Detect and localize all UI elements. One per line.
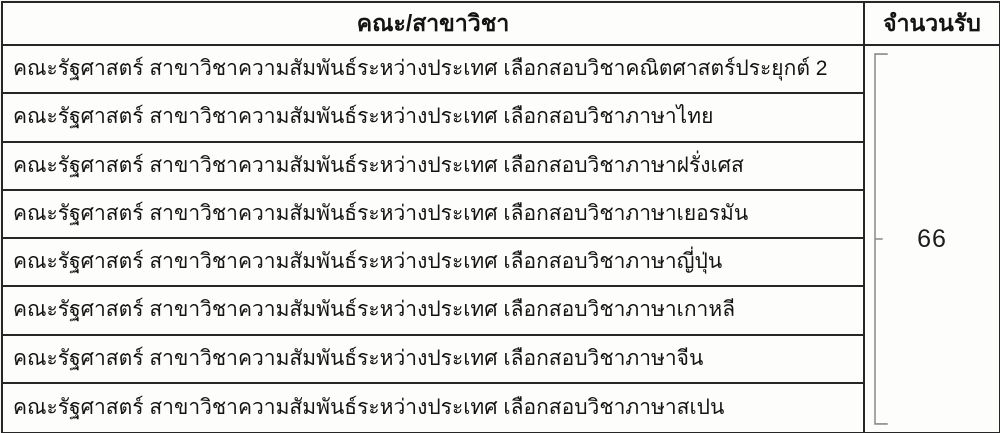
- merged-quota-cell: 66: [865, 46, 999, 432]
- scanned-document-page: คณะ/สาขาวิชา จำนวนรับ คณะรัฐศาสตร์ สาขาว…: [0, 0, 1000, 433]
- table-row-program: คณะรัฐศาสตร์ สาขาวิชาความสัมพันธ์ระหว่าง…: [3, 143, 865, 191]
- table-row-program: คณะรัฐศาสตร์ สาขาวิชาความสัมพันธ์ระหว่าง…: [3, 239, 865, 287]
- column-header-faculty: คณะ/สาขาวิชา: [3, 3, 865, 46]
- admissions-table: คณะ/สาขาวิชา จำนวนรับ คณะรัฐศาสตร์ สาขาว…: [1, 1, 1000, 433]
- group-bracket-icon: [870, 52, 888, 426]
- table-row-program: คณะรัฐศาสตร์ สาขาวิชาความสัมพันธ์ระหว่าง…: [3, 94, 865, 142]
- table-row-program: คณะรัฐศาสตร์ สาขาวิชาความสัมพันธ์ระหว่าง…: [3, 336, 865, 384]
- table-row-program: คณะรัฐศาสตร์ สาขาวิชาความสัมพันธ์ระหว่าง…: [3, 191, 865, 239]
- table-row-program: คณะรัฐศาสตร์ สาขาวิชาความสัมพันธ์ระหว่าง…: [3, 46, 865, 94]
- column-header-quota: จำนวนรับ: [865, 3, 999, 46]
- table-row-program: คณะรัฐศาสตร์ สาขาวิชาความสัมพันธ์ระหว่าง…: [3, 384, 865, 432]
- table-row-program: คณะรัฐศาสตร์ สาขาวิชาความสัมพันธ์ระหว่าง…: [3, 287, 865, 335]
- quota-value: 66: [917, 225, 947, 254]
